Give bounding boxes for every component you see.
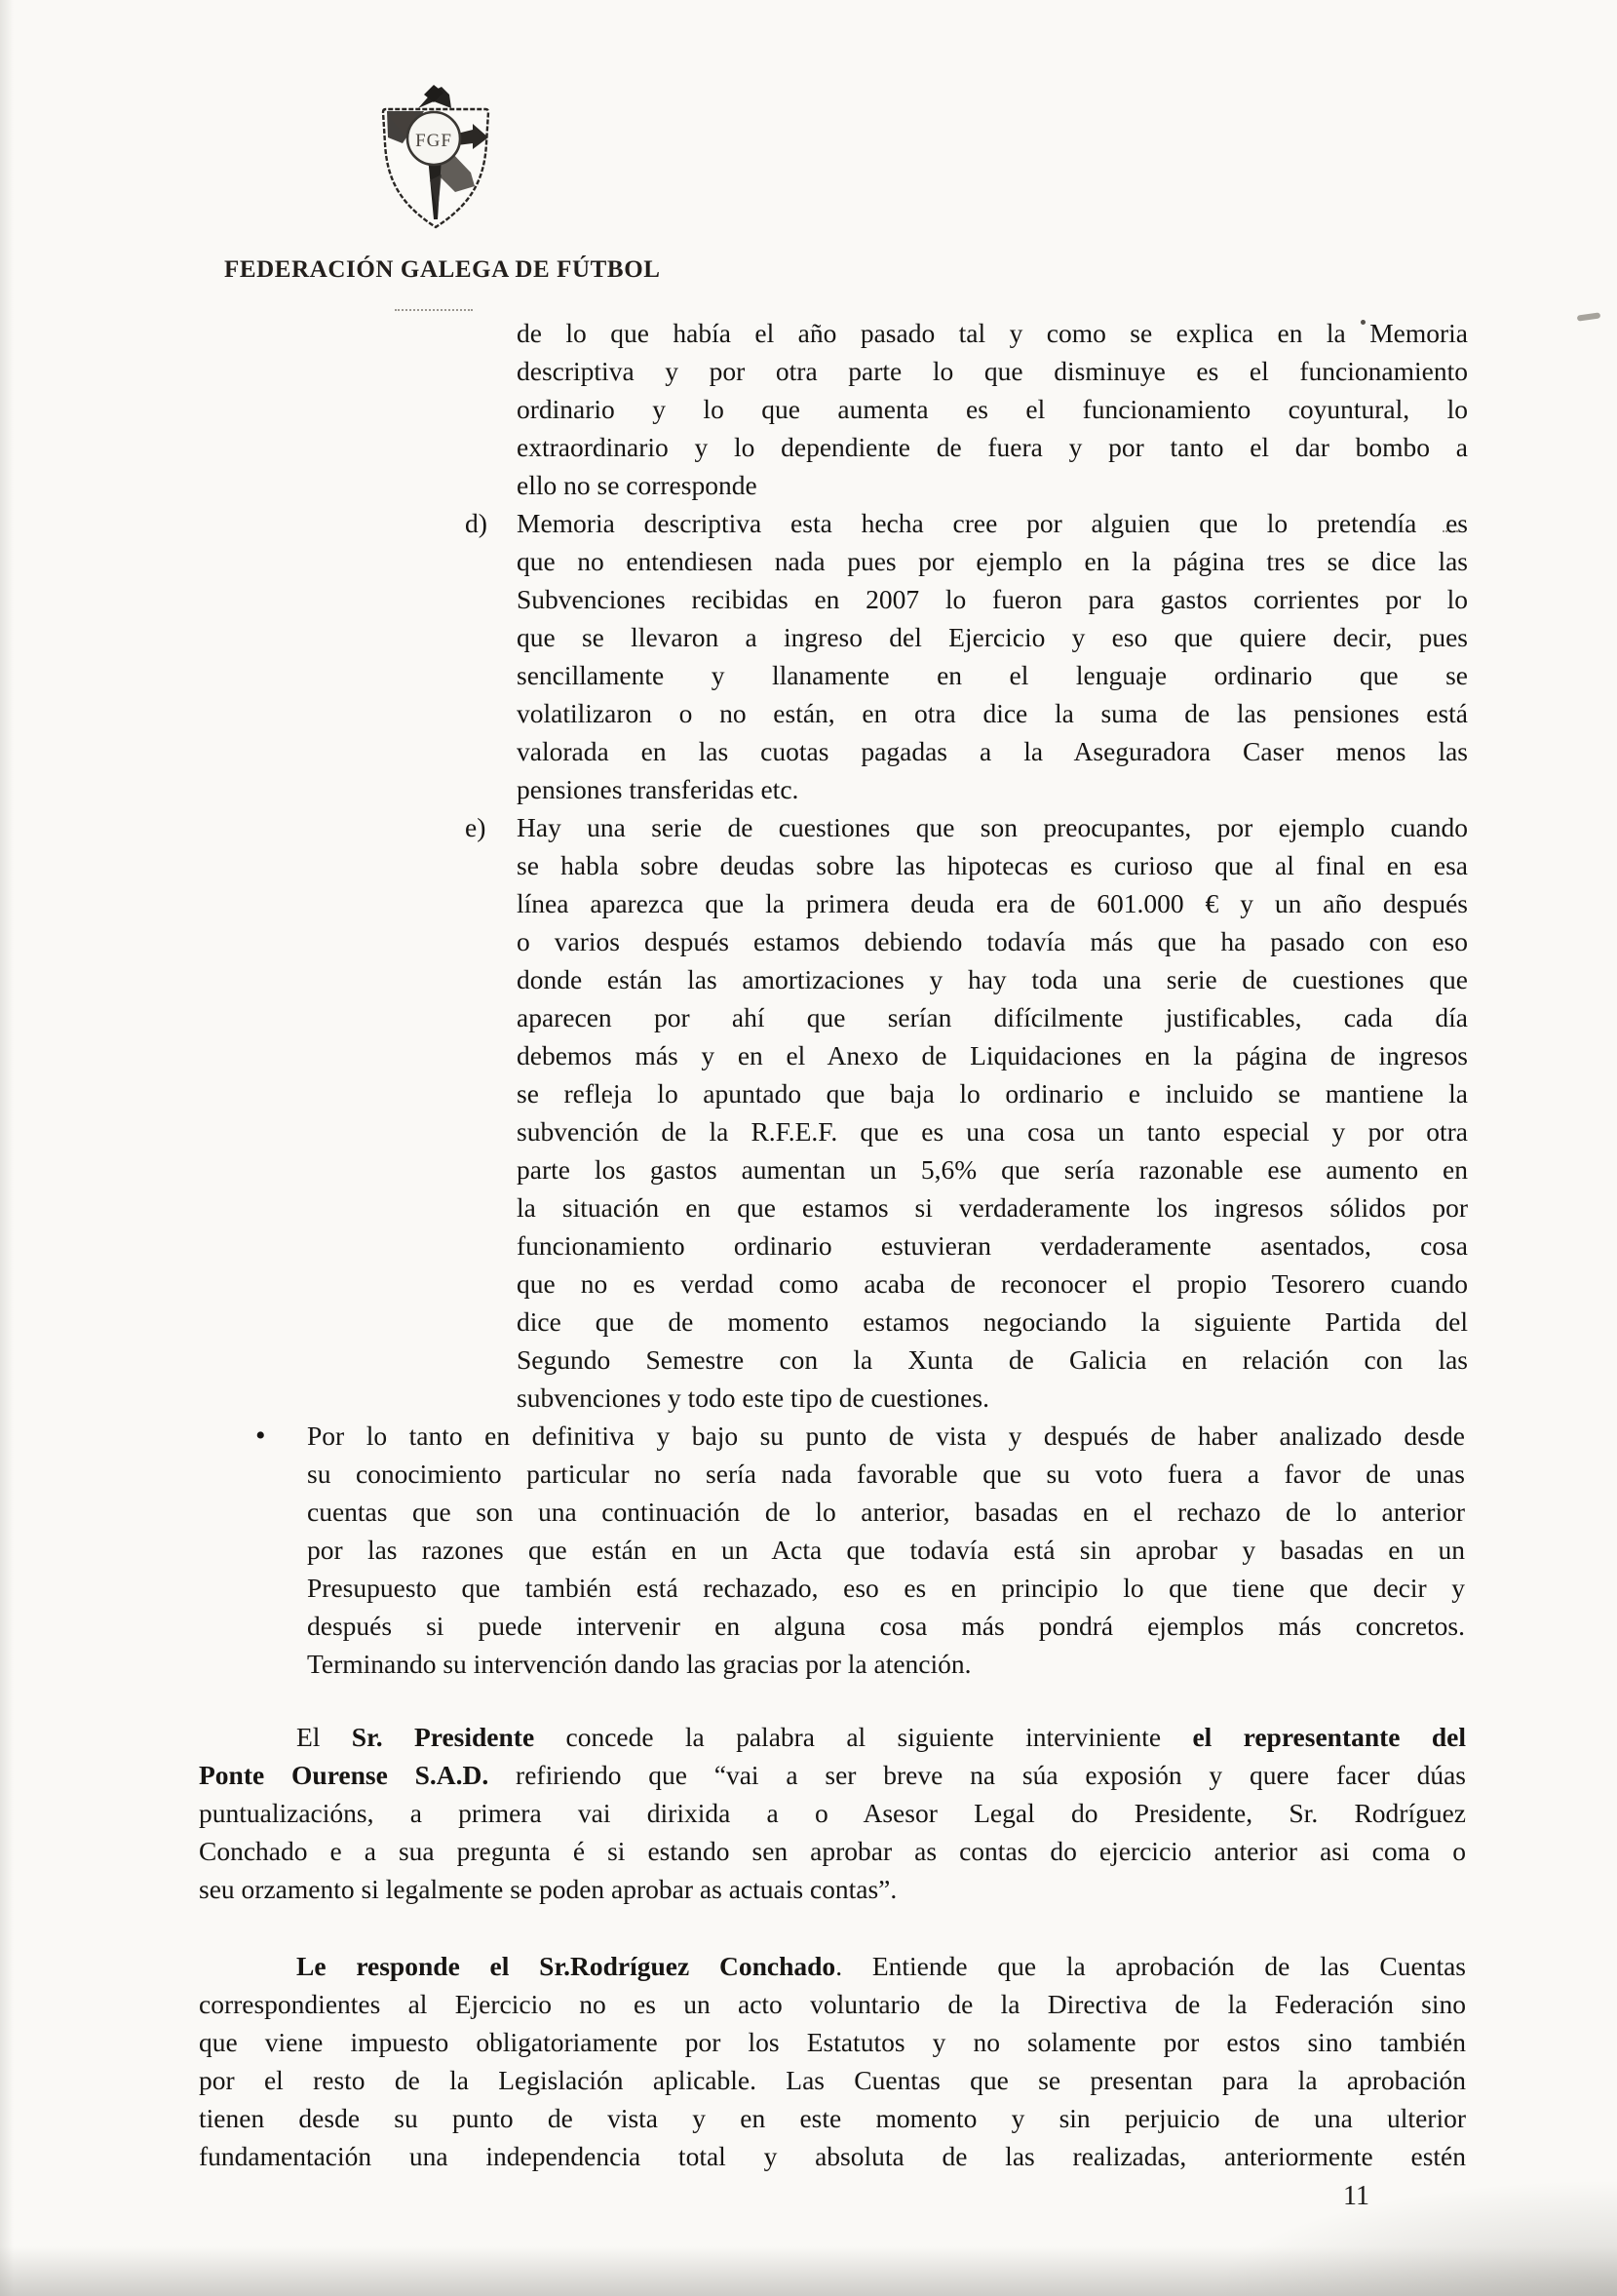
text-segment: . Entiende que la aprobación de las Cuen… [835, 1951, 1466, 1981]
text-line: dice que de momento estamos negociando l… [517, 1303, 1468, 1341]
text-line: donde están las amortizaciones y hay tod… [517, 960, 1468, 998]
text-line: Le responde el Sr.Rodríguez Conchado. En… [199, 1947, 1466, 1985]
text-line: aparecen por ahí que serían difícilmente… [517, 998, 1468, 1036]
list-marker-d: d) [465, 504, 517, 808]
scan-edge-shade-corner [1208, 2179, 1617, 2296]
list-item-d-text: Memoria descriptiva esta hecha cree por … [517, 504, 1468, 808]
text-line: ordinario y lo que aumenta es el funcion… [517, 390, 1468, 428]
text-line: que viene impuesto obligatoriamente por … [199, 2023, 1466, 2061]
text-line: Por lo tanto en definitiva y bajo su pun… [307, 1417, 1465, 1455]
scan-artifact-dotted-line [395, 309, 473, 311]
bold-text-segment: el representante del [1192, 1722, 1466, 1752]
text-line: Segundo Semestre con la Xunta de Galicia… [517, 1341, 1468, 1379]
text-line: parte los gastos aumentan un 5,6% que se… [517, 1150, 1468, 1188]
text-line: que no entendiesen nada pues por ejemplo… [517, 542, 1468, 580]
text-line: El Sr. Presidente concede la palabra al … [199, 1718, 1466, 1756]
scanned-document-page: { "header": { "org_name": "FEDERACIÓN GA… [0, 0, 1617, 2296]
text-line: correspondientes al Ejercicio no es un a… [199, 1985, 1466, 2023]
text-line: línea aparezca que la primera deuda era … [517, 884, 1468, 922]
text-segment: refiriendo que “vai a ser breve na súa e… [488, 1760, 1466, 1790]
text-line: fundamentación una independencia total y… [199, 2137, 1466, 2175]
text-line: Subvenciones recibidas en 2007 lo fueron… [517, 580, 1468, 618]
text-line: Ponte Ourense S.A.D. refiriendo que “vai… [199, 1756, 1466, 1794]
text-line: Conchado e a sua pregunta é si estando s… [199, 1832, 1466, 1870]
text-line: se habla sobre deudas sobre las hipoteca… [517, 846, 1468, 884]
bold-text-segment: Sr. Presidente [352, 1722, 534, 1752]
paragraph-respuesta: Le responde el Sr.Rodríguez Conchado. En… [199, 1947, 1466, 2175]
bold-text-segment: Ponte Ourense S.A.D. [199, 1760, 488, 1790]
list-marker-e: e) [465, 808, 517, 1417]
fgf-crest-logo: FGF [373, 83, 498, 234]
bold-text-segment: Le responde el Sr.Rodríguez Conchado [296, 1951, 835, 1981]
text-line: Memoria descriptiva esta hecha cree por … [517, 504, 1468, 542]
monogram-text: FGF [415, 131, 452, 151]
text-line: de lo que había el año pasado tal y como… [517, 314, 1468, 352]
text-line: extraordinario y lo dependiente de fuera… [517, 428, 1468, 466]
text-line: funcionamiento ordinario estuvieran verd… [517, 1226, 1468, 1265]
bullet-marker: • [255, 1417, 307, 1683]
text-line: valorada en las cuotas pagadas a la Aseg… [517, 732, 1468, 770]
text-line: descriptiva y por otra parte lo que dism… [517, 352, 1468, 390]
continuation-paragraph: de lo que había el año pasado tal y como… [517, 314, 1468, 504]
text-line: puntualizacións, a primera vai dirixida … [199, 1794, 1466, 1832]
bullet-item-text: Por lo tanto en definitiva y bajo su pun… [307, 1417, 1465, 1683]
page-number: 11 [1343, 2181, 1369, 2212]
document-body: de lo que había el año pasado tal y como… [0, 314, 1617, 2175]
text-line: cuentas que son una continuación de lo a… [307, 1493, 1465, 1531]
text-line: que se llevaron a ingreso del Ejercicio … [517, 618, 1468, 656]
org-name-heading: FEDERACIÓN GALEGA DE FÚTBOL [224, 256, 661, 284]
text-segment: concede la palabra al siguiente intervin… [534, 1722, 1192, 1752]
text-line: después si puede intervenir en alguna co… [307, 1607, 1465, 1645]
text-line: Terminando su intervención dando las gra… [307, 1645, 1465, 1683]
text-line: se refleja lo apuntado que baja lo ordin… [517, 1074, 1468, 1112]
text-line: subvención de la R.F.E.F. que es una cos… [517, 1112, 1468, 1150]
text-line: debemos más y en el Anexo de Liquidacion… [517, 1036, 1468, 1074]
text-line: que no es verdad como acaba de reconocer… [517, 1265, 1468, 1303]
text-line: seu orzamento si legalmente se poden apr… [199, 1870, 1466, 1908]
list-item-e-text: Hay una serie de cuestiones que son preo… [517, 808, 1468, 1417]
bullet-item: • Por lo tanto en definitiva y bajo su p… [255, 1417, 1465, 1683]
text-line: Presupuesto que también está rechazado, … [307, 1569, 1465, 1607]
text-line: la situación en que estamos si verdadera… [517, 1188, 1468, 1226]
list-item-e: e) Hay una serie de cuestiones que son p… [465, 808, 1468, 1417]
text-line: por las razones que están en un Acta que… [307, 1531, 1465, 1569]
text-line: subvenciones y todo este tipo de cuestio… [517, 1379, 1468, 1417]
text-segment: El [296, 1722, 352, 1752]
list-item-d: d) Memoria descriptiva esta hecha cree p… [465, 504, 1468, 808]
text-line: sencillamente y llanamente en el lenguaj… [517, 656, 1468, 694]
text-line: volatilizaron o no están, en otra dice l… [517, 694, 1468, 732]
text-line: su conocimiento particular no sería nada… [307, 1455, 1465, 1493]
text-line: tienen desde su punto de vista y en este… [199, 2099, 1466, 2137]
text-line: o varios después estamos debiendo todaví… [517, 922, 1468, 960]
text-line: pensiones transferidas etc. [517, 770, 1468, 808]
text-line: por el resto de la Legislación aplicable… [199, 2061, 1466, 2099]
text-line: Hay una serie de cuestiones que son preo… [517, 808, 1468, 846]
text-line: ello no se corresponde [517, 466, 1468, 504]
paragraph-presidente: El Sr. Presidente concede la palabra al … [199, 1718, 1466, 1908]
